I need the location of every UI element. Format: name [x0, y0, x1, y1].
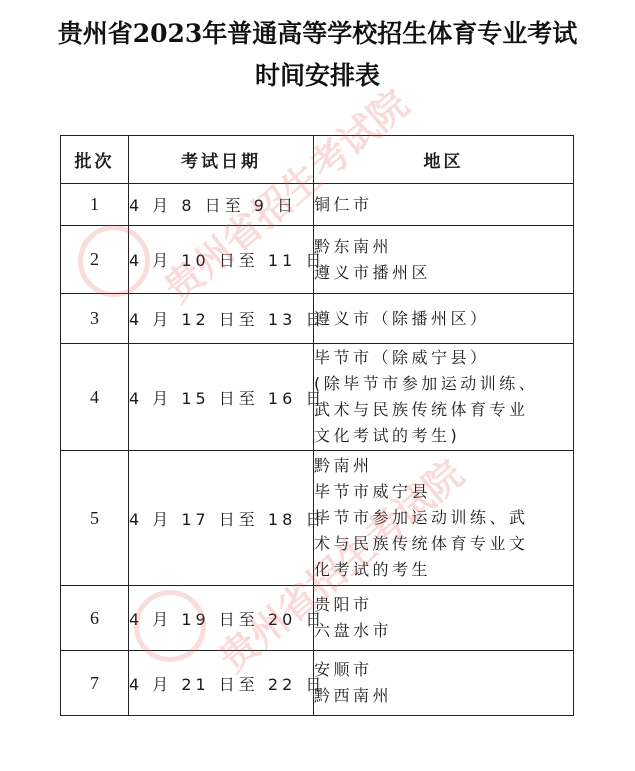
region-cell: 遵义市（除播州区） — [314, 294, 574, 344]
date-cell: 4 月 12 日至 13 日 — [129, 294, 314, 344]
document-title-line-2: 时间安排表 — [0, 56, 635, 92]
region-cell: 贵阳市 六盘水市 — [314, 586, 574, 651]
region-line: 贵阳市 — [314, 592, 573, 618]
table-row: 5 4 月 17 日至 18 日 黔南州 毕节市威宁县 毕节市参加运动训练、武 … — [61, 451, 574, 586]
region-line: 铜仁市 — [314, 192, 573, 218]
region-cell: 铜仁市 — [314, 184, 574, 226]
batch-cell: 7 — [61, 651, 129, 716]
region-line: 六盘水市 — [314, 618, 573, 644]
region-line: (除毕节市参加运动训练、 — [314, 371, 573, 397]
table-row: 7 4 月 21 日至 22 日 安顺市 黔西南州 — [61, 651, 574, 716]
region-line: 遵义市播州区 — [314, 260, 573, 286]
region-cell: 安顺市 黔西南州 — [314, 651, 574, 716]
date-cell: 4 月 15 日至 16 日 — [129, 344, 314, 451]
date-cell: 4 月 8 日至 9 日 — [129, 184, 314, 226]
document-title-line-1: 贵州省2023年普通高等学校招生体育专业考试 — [0, 14, 635, 50]
batch-cell: 2 — [61, 226, 129, 294]
table-header-row: 批次 考试日期 地区 — [61, 136, 574, 184]
region-line: 安顺市 — [314, 657, 573, 683]
table-row: 3 4 月 12 日至 13 日 遵义市（除播州区） — [61, 294, 574, 344]
date-cell: 4 月 21 日至 22 日 — [129, 651, 314, 716]
batch-cell: 3 — [61, 294, 129, 344]
region-cell: 黔东南州 遵义市播州区 — [314, 226, 574, 294]
header-batch: 批次 — [61, 136, 129, 184]
region-cell: 毕节市（除威宁县） (除毕节市参加运动训练、 武术与民族传统体育专业 文化考试的… — [314, 344, 574, 451]
header-region: 地区 — [314, 136, 574, 184]
batch-cell: 6 — [61, 586, 129, 651]
region-line: 黔东南州 — [314, 234, 573, 260]
date-cell: 4 月 10 日至 11 日 — [129, 226, 314, 294]
region-line: 文化考试的考生) — [314, 423, 573, 449]
region-line: 化考试的考生 — [314, 557, 573, 583]
region-line: 毕节市（除威宁县） — [314, 345, 573, 371]
region-cell: 黔南州 毕节市威宁县 毕节市参加运动训练、武 术与民族传统体育专业文 化考试的考… — [314, 451, 574, 586]
table-row: 6 4 月 19 日至 20 日 贵阳市 六盘水市 — [61, 586, 574, 651]
batch-cell: 4 — [61, 344, 129, 451]
region-line: 黔西南州 — [314, 683, 573, 709]
region-line: 黔南州 — [314, 453, 573, 479]
region-line: 遵义市（除播州区） — [314, 306, 573, 332]
date-cell: 4 月 19 日至 20 日 — [129, 586, 314, 651]
table-row: 4 4 月 15 日至 16 日 毕节市（除威宁县） (除毕节市参加运动训练、 … — [61, 344, 574, 451]
region-line: 术与民族传统体育专业文 — [314, 531, 573, 557]
header-exam-date: 考试日期 — [129, 136, 314, 184]
region-line: 武术与民族传统体育专业 — [314, 397, 573, 423]
batch-cell: 1 — [61, 184, 129, 226]
date-cell: 4 月 17 日至 18 日 — [129, 451, 314, 586]
table-row: 1 4 月 8 日至 9 日 铜仁市 — [61, 184, 574, 226]
region-line: 毕节市威宁县 — [314, 479, 573, 505]
schedule-table: 批次 考试日期 地区 1 4 月 8 日至 9 日 铜仁市 2 4 月 10 日… — [60, 135, 574, 716]
table-row: 2 4 月 10 日至 11 日 黔东南州 遵义市播州区 — [61, 226, 574, 294]
region-line: 毕节市参加运动训练、武 — [314, 505, 573, 531]
batch-cell: 5 — [61, 451, 129, 586]
